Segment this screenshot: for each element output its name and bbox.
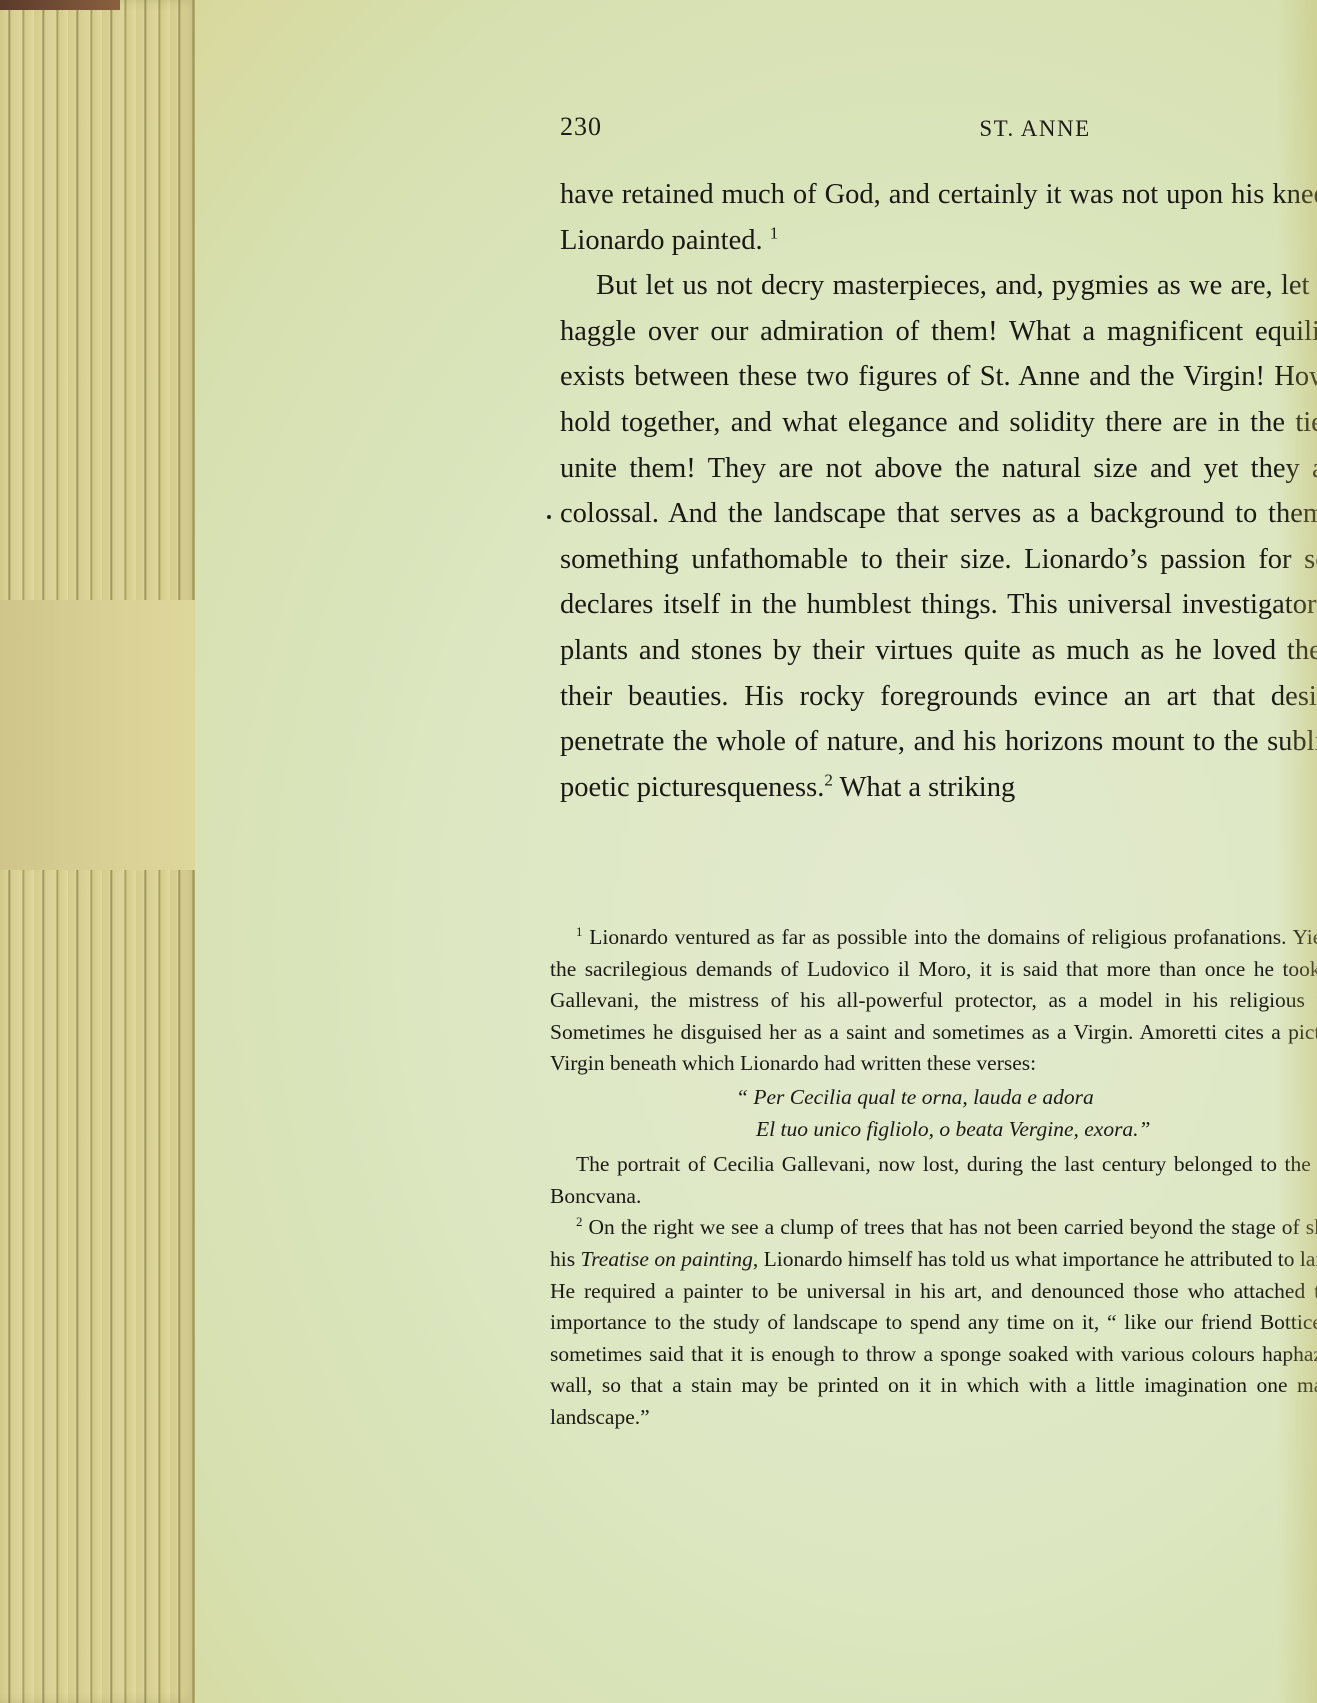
paragraph-1: have retained much of God, and certainly… — [560, 172, 1317, 263]
book-page-edges — [0, 0, 195, 1703]
footnote-ref-2: 2 — [824, 770, 833, 789]
footnote-text-tail: , Lionardo himself has told us what impo… — [550, 1247, 1317, 1429]
footnotes: 1 Lionardo ventured as far as possible i… — [550, 922, 1317, 1434]
footnote-1-continuation: The portrait of Cecilia Gallevani, now l… — [550, 1149, 1317, 1212]
body-text: have retained much of God, and certainly… — [560, 172, 1317, 810]
verse-line-2: El tuo unico figliolo, o beata Vergine, … — [550, 1114, 1317, 1146]
paragraph-text: But let us not decry masterpieces, and, … — [560, 270, 1317, 803]
page-number: 230 — [560, 112, 602, 142]
ink-speck — [547, 515, 551, 519]
verse-line-1: “ Per Cecilia qual te orna, lauda e ador… — [550, 1082, 1317, 1114]
footnote-text: Lionardo ventured as far as possible int… — [550, 925, 1317, 1075]
chapter-title: ST. ANNE — [979, 116, 1090, 142]
page-edge-band — [0, 600, 195, 870]
book-title-italic: Treatise on painting — [580, 1247, 752, 1271]
book-cover-corner — [0, 0, 120, 10]
paragraph-2: But let us not decry masterpieces, and, … — [560, 263, 1317, 810]
paragraph-text: have retained much of God, and certainly… — [560, 179, 1317, 256]
verse-quote: “ Per Cecilia qual te orna, lauda e ador… — [550, 1082, 1317, 1145]
paragraph-text-tail: What a striking — [833, 772, 1015, 803]
footnote-1: 1 Lionardo ventured as far as possible i… — [550, 922, 1317, 1080]
footnote-ref-1: 1 — [770, 223, 779, 242]
footnote-2: 2 On the right we see a clump of trees t… — [550, 1212, 1317, 1433]
book-page: 230 ST. ANNE have retained much of God, … — [195, 0, 1317, 1703]
